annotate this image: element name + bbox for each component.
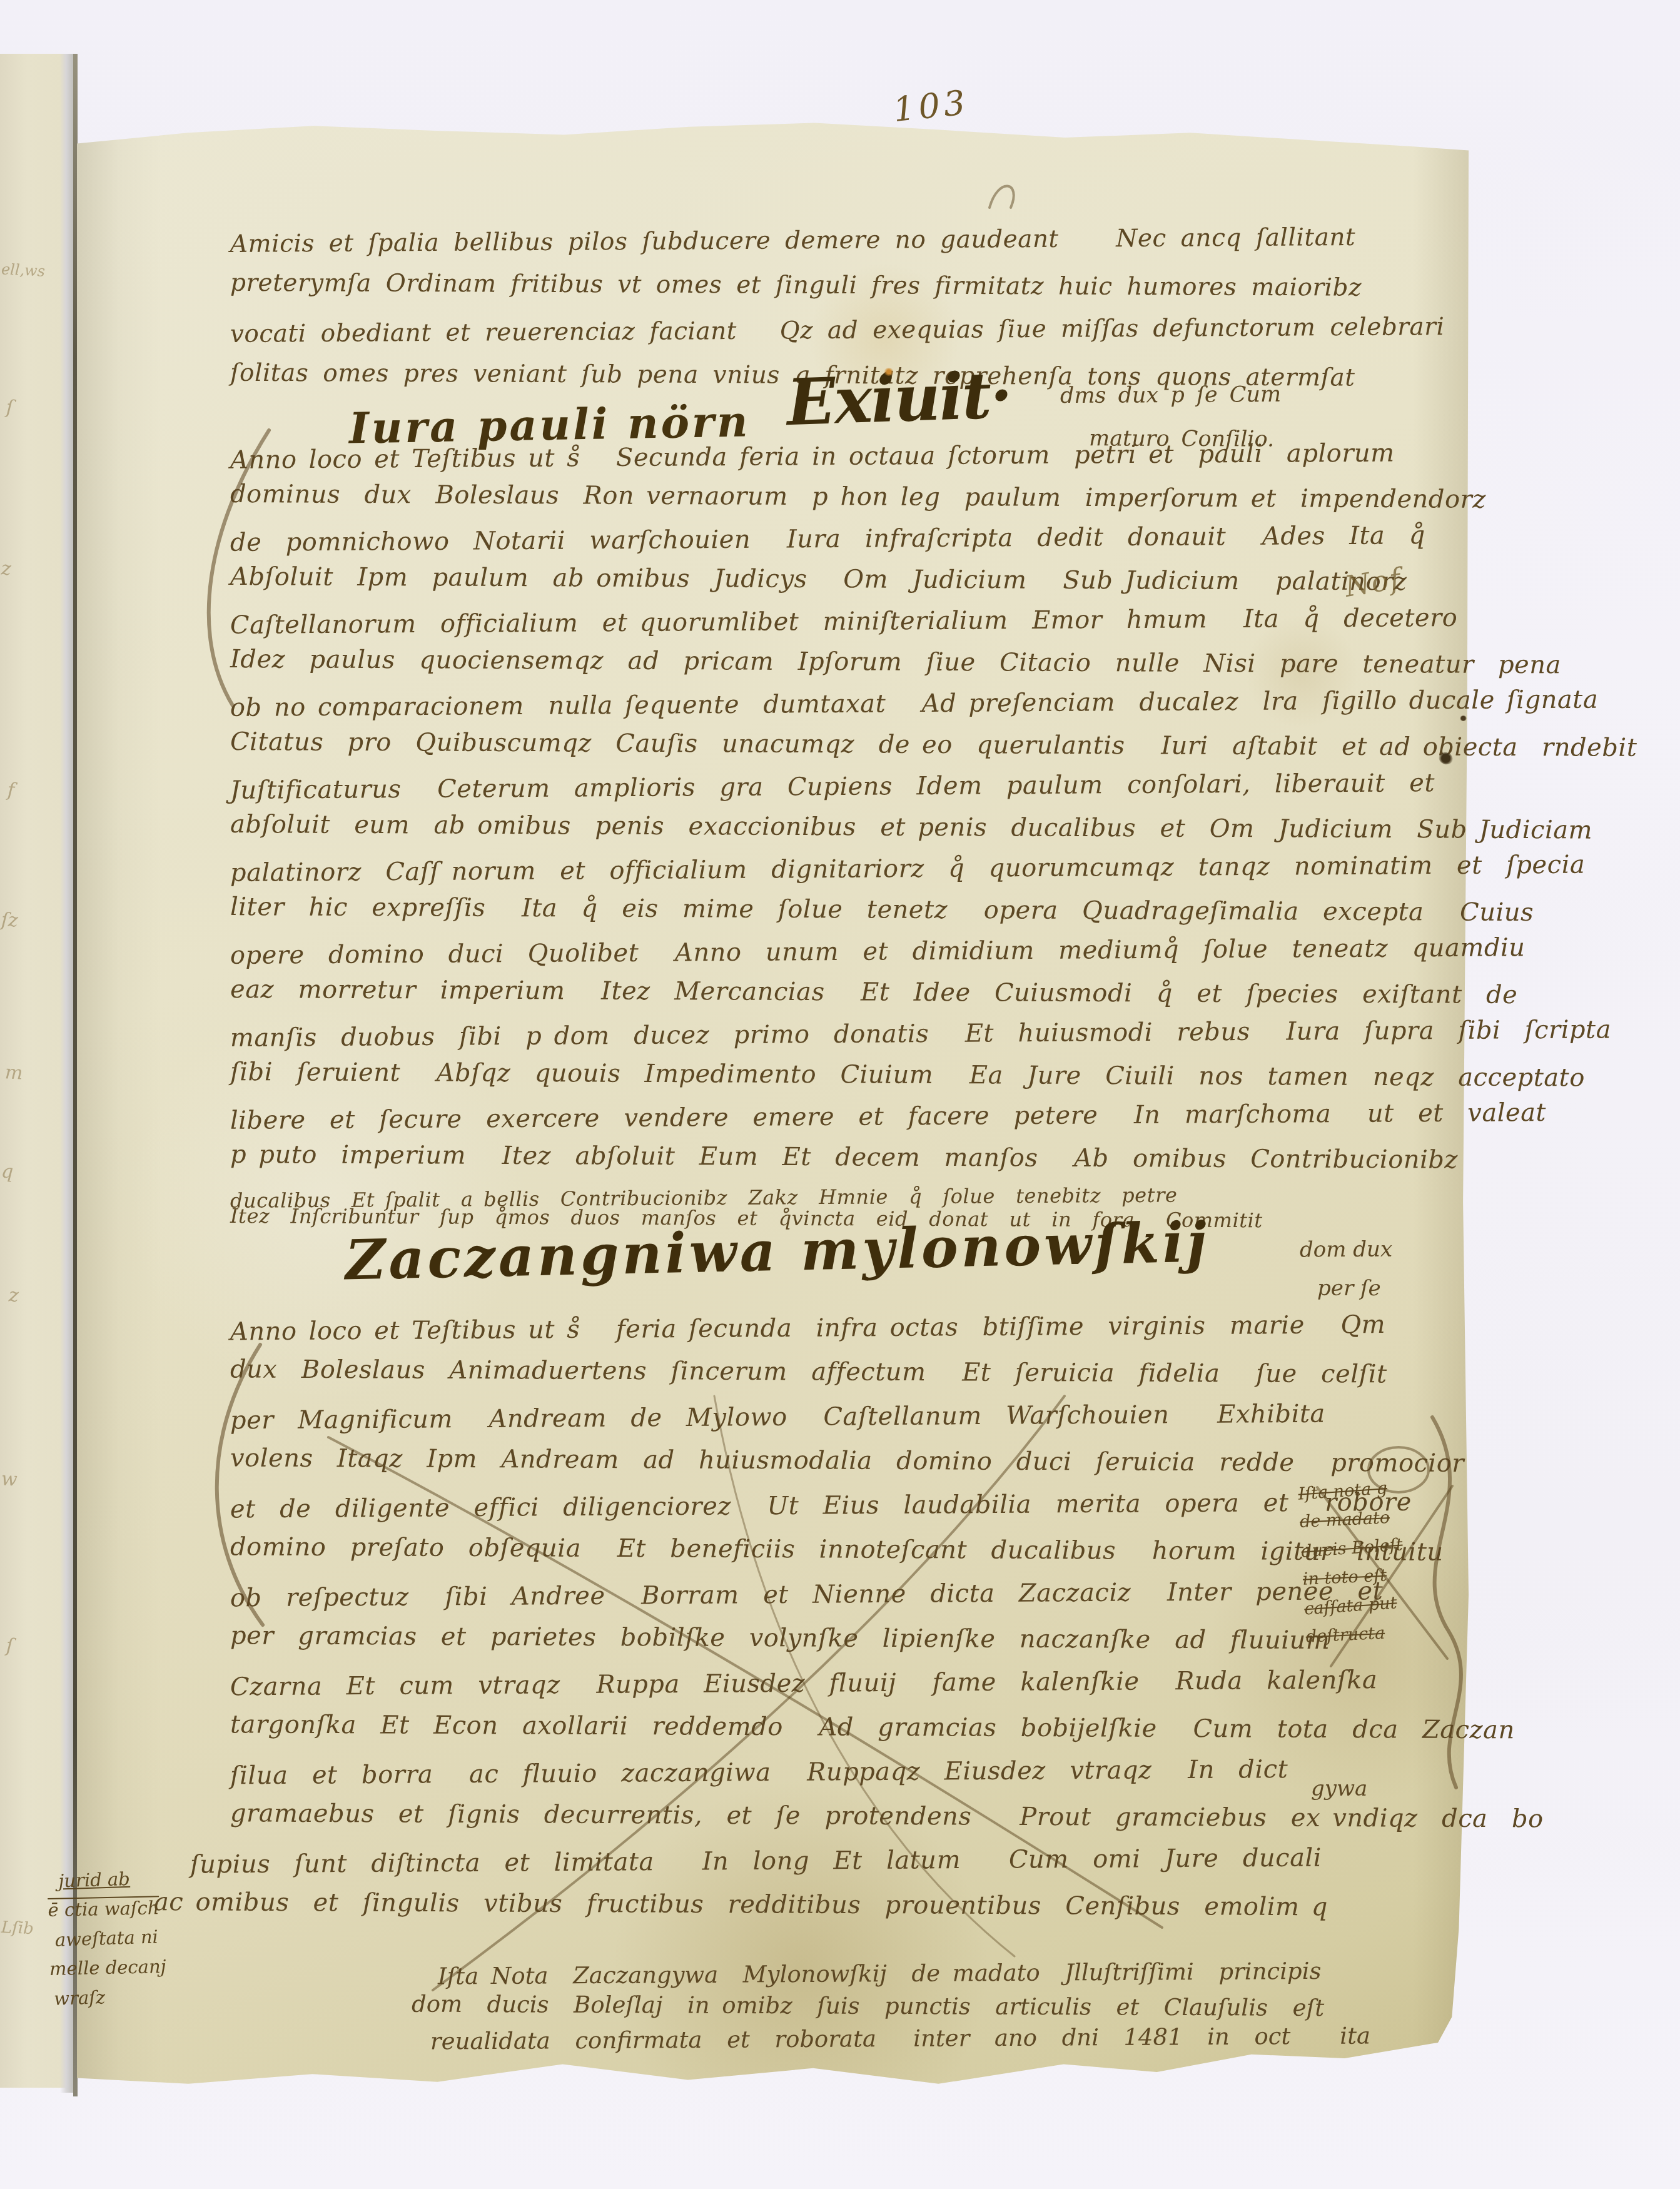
manuscript-text-line: Anno loco et Teſtibus ut s̊ feria ſecund… — [230, 1310, 1544, 1362]
manuscript-text-line: palatinorz Caſſ norum et officialium dig… — [230, 850, 1637, 900]
entry1-heading-big-word: Exiuit· — [786, 358, 1013, 440]
manuscript-text-line: per Magnificum Andream de Mylowo Caſtell… — [230, 1398, 1544, 1451]
manuscript-text-line: jurid ab — [58, 1867, 164, 1899]
ink-blot — [1460, 715, 1467, 721]
manuscript-text-line: de pomnichowo Notarii warſchouien Iura i… — [230, 520, 1637, 570]
manuscript-text-line: Abſoluit Ipm paulum ab omibus Judicys Om… — [230, 562, 1637, 610]
manuscript-text-line: deſtructa — [1305, 1622, 1408, 1656]
manuscript-text-line: Juſtificaturus Ceterum amplioris gra Cup… — [230, 767, 1637, 817]
manuscript-text-line: Caſtellanorum officialium et quorumlibet… — [230, 602, 1637, 652]
ink-layer: 103 Amicis et ſpalia bellibus pilos ſubd… — [0, 0, 1680, 2189]
manuscript-text-line: p puto imperium Itez abſoluit Eum Et dec… — [230, 1140, 1637, 1188]
manuscript-text-line: dom ducis Boleſlaj in omibz ſuis punctis… — [412, 1991, 1370, 2028]
manuscript-text-line: ſupius ſunt diſtincta et limitata In lon… — [190, 1842, 1544, 1894]
manuscript-text-line: ſibi ſeruient Abſqz quouis Impedimento C… — [230, 1058, 1637, 1105]
manuscript-text-line: aweſtata ni — [54, 1926, 166, 1959]
wax-stain-spot — [884, 368, 894, 376]
manuscript-text-line: ac omibus et ſingulis vtibus fructibus r… — [154, 1888, 1544, 1938]
manuscript-text-line: per ſe — [1317, 1276, 1392, 1315]
top-squiggle — [989, 186, 1014, 208]
manuscript-photo: ell,wsſzfſzmqzwſLſib 103 Amicis et ſpali… — [0, 0, 1680, 2189]
folio-number: 103 — [891, 83, 971, 129]
manuscript-text-line: eaz morretur imperium Itez Mercancias Et… — [230, 975, 1637, 1023]
manuscript-text-line: melle decanj — [49, 1956, 167, 1988]
manuscript-text-line: manſis duobus ſibi p dom ducez primo don… — [230, 1015, 1637, 1065]
manuscript-text-line: ob no comparacionem nulla ſequente dumta… — [230, 685, 1637, 735]
manuscript-text-line: Idez paulus quociensemqz ad pricam Ipſor… — [230, 645, 1637, 692]
cancelled-right-margin-note: Iſta nota gde madatoducis Boleſtin toto … — [1298, 1479, 1409, 1656]
manuscript-text-line: abſoluit eum ab omibus penis exaccionibu… — [230, 810, 1637, 857]
manuscript-text-line: dms dux p ſe Cum — [1060, 382, 1282, 427]
manuscript-text-line: wraſz — [54, 1984, 168, 2018]
manuscript-text-line: liter hic expreſſis Ita q̊ eis mime ſolu… — [230, 892, 1637, 940]
manuscript-text-line: Iſta Nota Zaczangywa Mylonowſkij de mada… — [438, 1957, 1370, 1995]
entry2-side-note: dom duxper ſe — [1300, 1237, 1392, 1315]
manuscript-text-line: reualidata confirmata et roborata inter … — [430, 2022, 1370, 2060]
left-margin-note: jurid abē ctia waſchaweſtata nimelle dec… — [47, 1868, 168, 2018]
manuscript-text-line: ē ctia waſch — [48, 1897, 165, 1929]
manuscript-text-line: dominus dux Boleslaus Ron vernaorum p ho… — [230, 480, 1637, 527]
manuscript-text-line: opere domino duci Quolibet Anno unum et … — [230, 933, 1637, 983]
manuscript-text-line: gramaebus et ſignis decurrentis, et ſe p… — [230, 1799, 1544, 1849]
manuscript-text-line: dux Boleslaus Animaduertens ſincerum aff… — [230, 1355, 1544, 1405]
entry1-text: Anno loco et Teſtibus ut s̊ Secunda feri… — [230, 442, 1637, 1230]
manuscript-text-line: preterymſa Ordinam fritibus vt omes et ſ… — [230, 269, 1445, 319]
manuscript-text-line: Anno loco et Teſtibus ut s̊ Secunda feri… — [230, 437, 1637, 487]
manuscript-text-line: dom dux — [1300, 1237, 1393, 1276]
manuscript-text-line: Citatus pro Quibuscumqz Cauſis unacumqz … — [230, 727, 1637, 775]
manuscript-text-line: vocati obediant et reuerenciaz faciant Q… — [230, 313, 1445, 365]
confirmation-note-text: Iſta Nota Zaczangywa Mylonowſkij de mada… — [438, 1960, 1370, 2058]
manuscript-text-line: Amicis et ſpalia bellibus pilos ſubducer… — [230, 223, 1445, 275]
manuscript-text-line: targonſka Et Econ axollarii reddemdo Ad … — [230, 1710, 1544, 1760]
entry2-overflow-word: gywa — [1311, 1776, 1367, 1801]
manuscript-text-line: Czarna Et cum vtraqz Ruppa Eiusdez fluui… — [230, 1665, 1544, 1717]
manuscript-text-line: libere et ſecure exercere vendere emere … — [230, 1098, 1637, 1148]
